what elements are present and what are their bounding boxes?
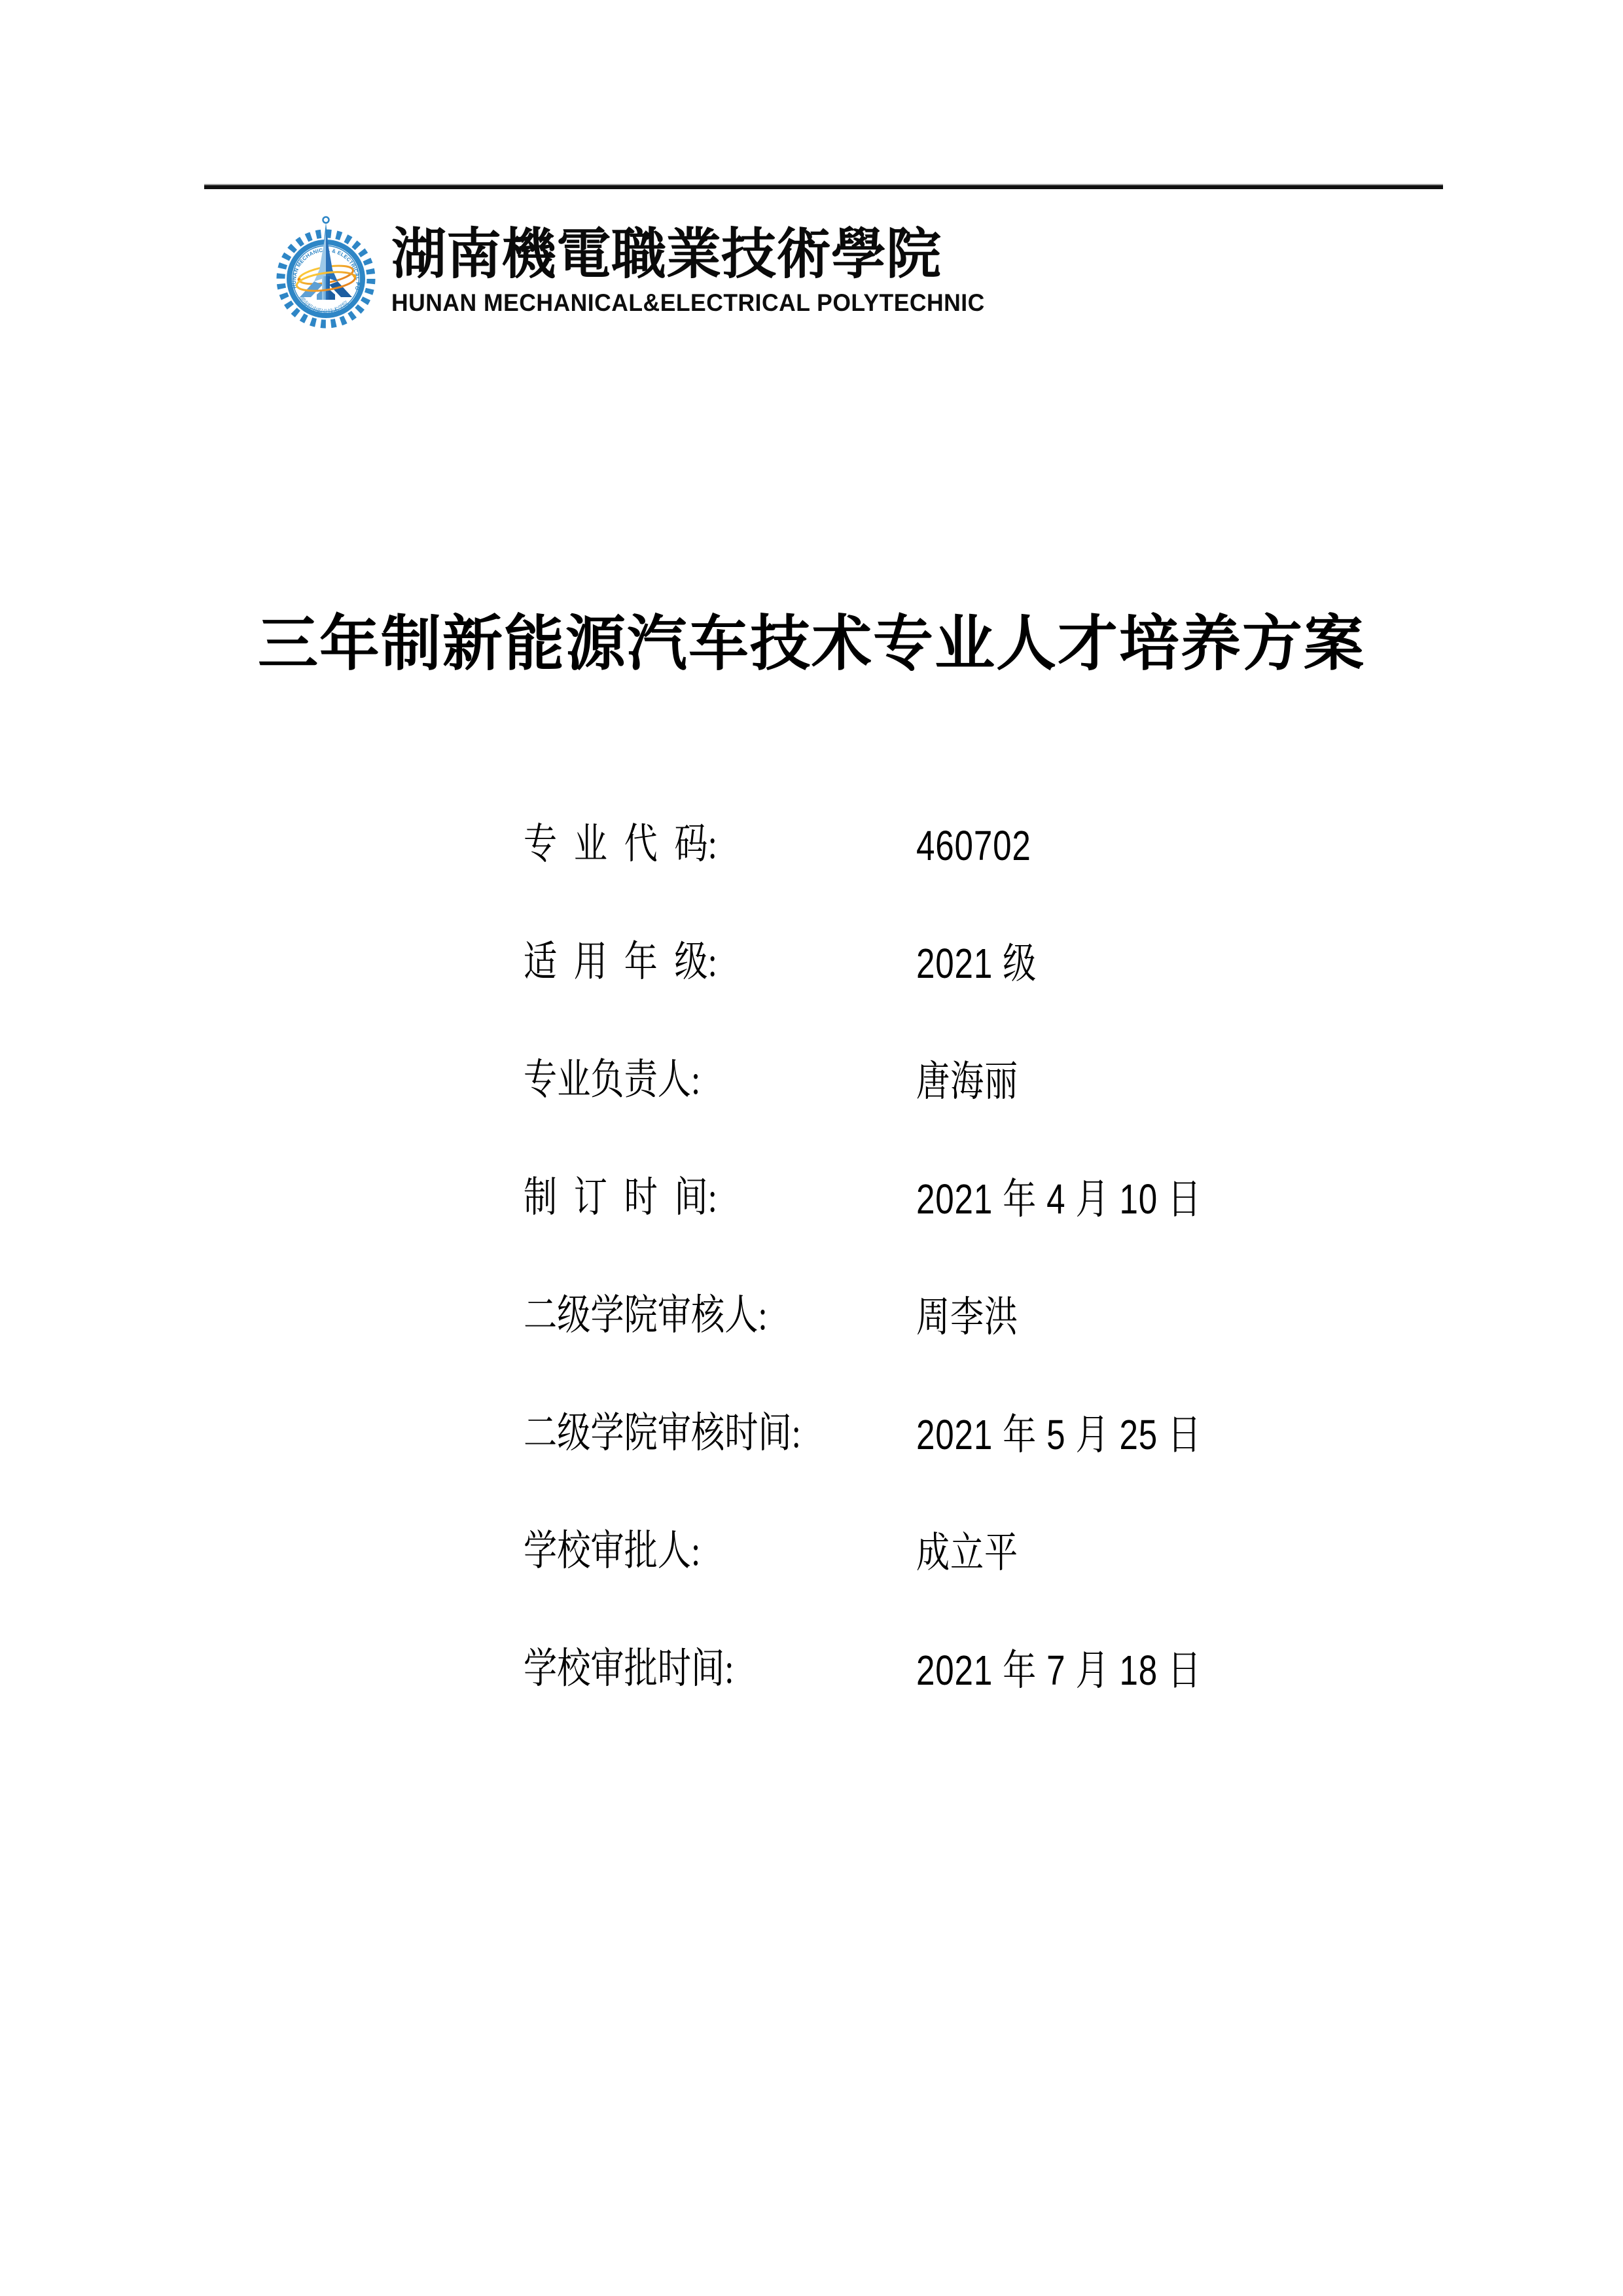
field-label: 适 用 年 级: <box>524 941 717 983</box>
field-row: 专 业 代 码: 460702 <box>0 823 1623 882</box>
field-value: 唐海丽 <box>916 1060 1018 1102</box>
field-value: 2021 年 5 月 25 日 <box>916 1414 1202 1456</box>
field-value: 2021 年 4 月 10 日 <box>916 1178 1202 1220</box>
field-row: 二级学院审核时间: 2021 年 5 月 25 日 <box>0 1412 1623 1471</box>
field-value: 2021 年 7 月 18 日 <box>916 1649 1202 1691</box>
field-value: 460702 <box>916 825 1031 867</box>
school-name-english: HUNAN MECHANICAL&ELECTRICAL POLYTECHNIC <box>391 291 985 315</box>
document-cover-page: HUNAN MECHANICAL & ELECTRICAL POLYTECHNI… <box>0 0 1623 2296</box>
field-row: 学校审批时间: 2021 年 7 月 18 日 <box>0 1648 1623 1707</box>
field-value: 周李洪 <box>916 1296 1018 1338</box>
document-title: 三年制新能源汽车技术专业人才培养方案 <box>20 614 1603 674</box>
field-value: 2021 级 <box>916 942 1037 984</box>
field-row: 制 订 时 间: 2021 年 4 月 10 日 <box>0 1177 1623 1236</box>
field-label: 二级学院审核人: <box>524 1295 768 1336</box>
field-row: 学校审批人: 成立平 <box>0 1530 1623 1589</box>
field-label: 学校审批时间: <box>524 1648 734 1690</box>
school-name-chinese: 湖南機電職業技術學院 <box>391 226 941 281</box>
field-label: 二级学院审核时间: <box>524 1412 801 1454</box>
field-row: 适 用 年 级: 2021 级 <box>0 941 1623 1000</box>
field-value: 成立平 <box>916 1532 1018 1573</box>
field-label: 专 业 代 码: <box>524 823 717 865</box>
field-label: 学校审批人: <box>524 1530 700 1572</box>
field-row: 二级学院审核人: 周李洪 <box>0 1295 1623 1354</box>
field-row: 专业负责人: 唐海丽 <box>0 1059 1623 1118</box>
top-border-rule <box>204 184 1443 189</box>
school-emblem: HUNAN MECHANICAL & ELECTRICAL POLYTECHNI… <box>274 213 378 329</box>
field-label: 制 订 时 间: <box>524 1177 717 1219</box>
field-label: 专业负责人: <box>524 1059 700 1101</box>
